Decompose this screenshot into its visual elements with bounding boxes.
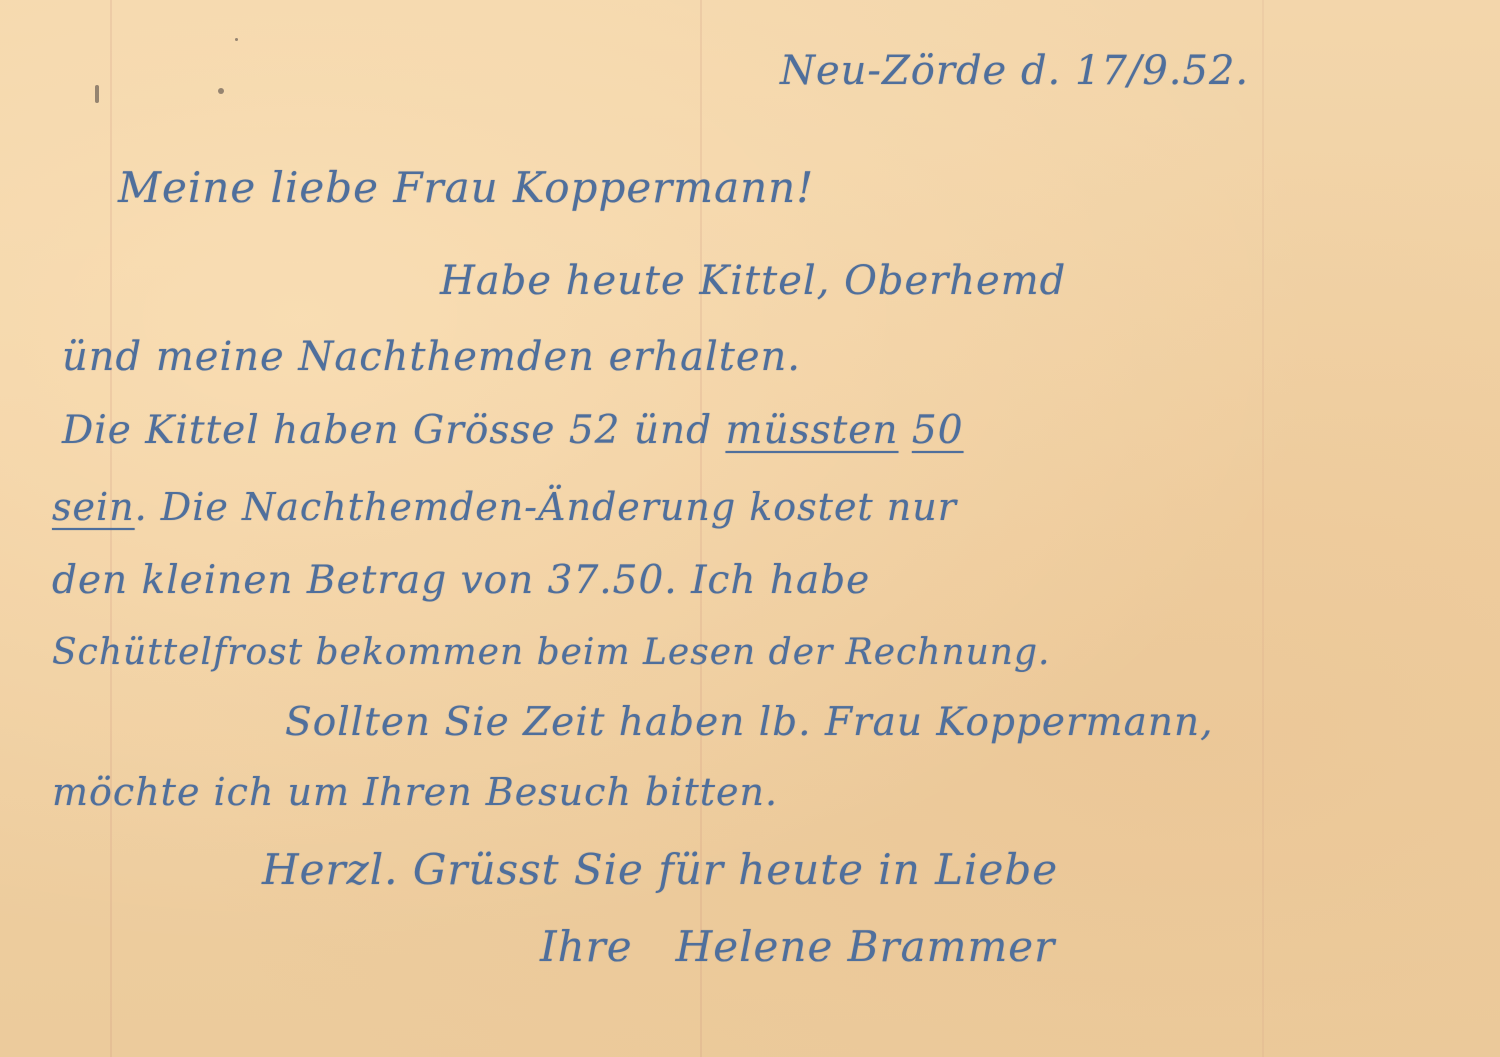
signature-block: Ihre Helene Brammer: [540, 922, 1055, 971]
body-line-8: möchte ich um Ihren Besuch bitten.: [52, 770, 778, 814]
body-line-1: Habe heute Kittel, Oberhemd: [440, 258, 1066, 304]
place-date: Neu-Zörde d. 17/9.52.: [780, 48, 1249, 94]
ink-speck: [218, 88, 224, 94]
underlined-size: 50: [912, 408, 964, 453]
ink-speck: [235, 38, 238, 41]
body-line-4: sein. Die Nachthemden-Änderung kostet nu…: [52, 485, 957, 529]
body-line-3: Die Kittel haben Grösse 52 ünd müssten 5…: [62, 408, 964, 453]
underlined-word: müssten: [725, 408, 898, 453]
body-line-6: Schüttelfrost bekommen beim Lesen der Re…: [52, 632, 1050, 673]
body-line-5: den kleinen Betrag von 37.50. Ich habe: [52, 558, 870, 603]
postcard: Neu-Zörde d. 17/9.52. Meine liebe Frau K…: [0, 0, 1500, 1057]
body-line-3-text: Die Kittel haben Grösse 52 ünd: [62, 408, 712, 453]
ink-stain: [95, 85, 99, 103]
salutation: Meine liebe Frau Koppermann!: [118, 163, 814, 212]
signature: Helene Brammer: [676, 922, 1056, 971]
body-line-7: Sollten Sie Zeit haben lb. Frau Kopperma…: [285, 700, 1214, 745]
body-line-4-text: . Die Nachthemden-Änderung kostet nur: [135, 485, 957, 529]
body-line-2: ünd meine Nachthemden erhalten.: [62, 334, 801, 380]
paper-fold-line: [1262, 0, 1264, 1057]
closing: Ihre: [540, 922, 633, 971]
underlined-word: sein: [52, 485, 135, 529]
closing-greeting: Herzl. Grüsst Sie für heute in Liebe: [262, 845, 1058, 894]
